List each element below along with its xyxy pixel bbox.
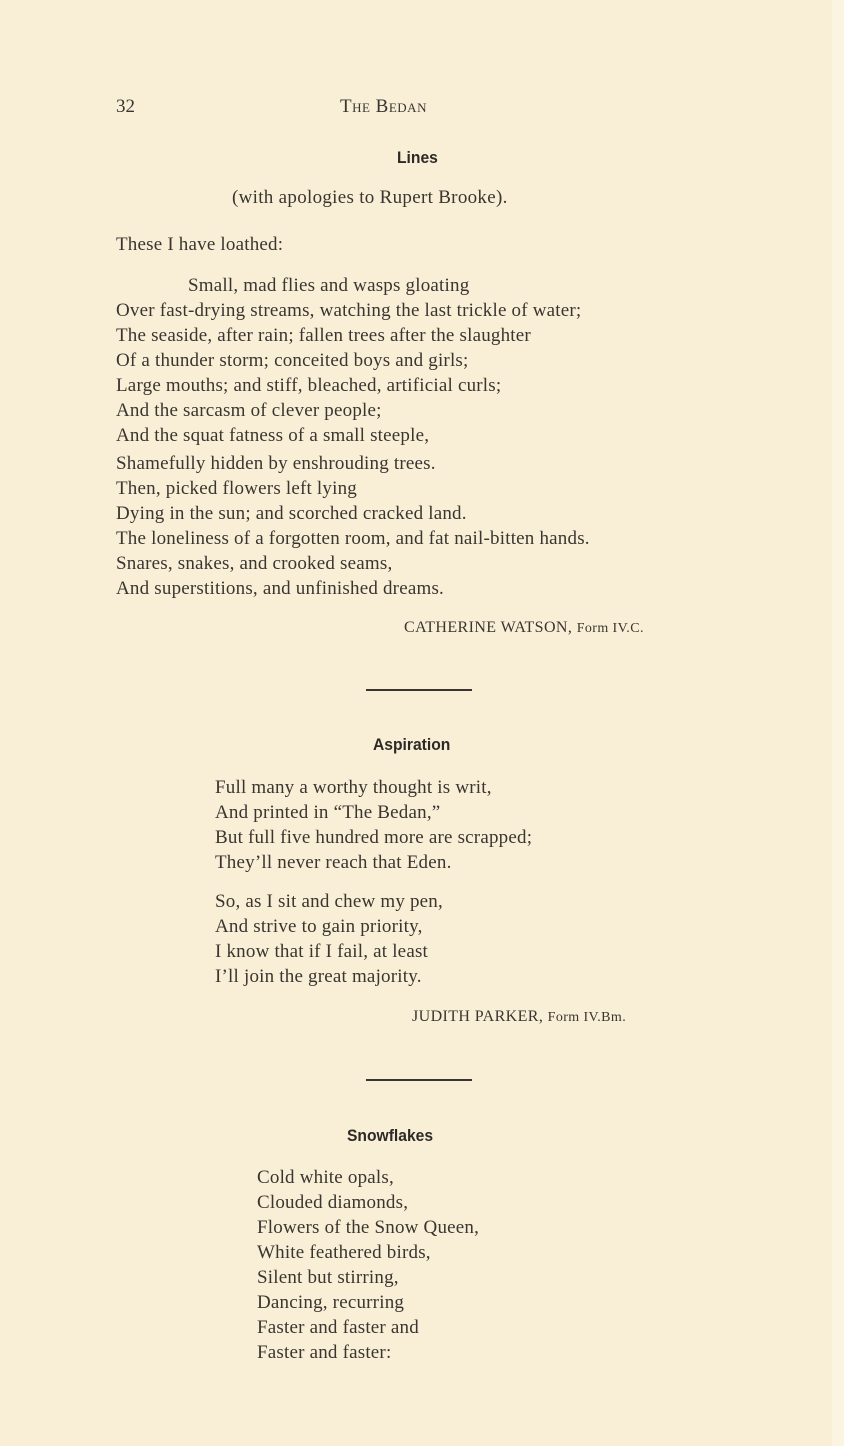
poem-line: Over fast-drying streams, watching the l… <box>116 298 581 323</box>
poem-line: Large mouths; and stiff, bleached, artif… <box>116 373 501 398</box>
poem-title-aspiration: Aspiration <box>373 735 450 755</box>
poem-line: Full many a worthy thought is writ, <box>215 775 492 800</box>
poem-title-lines: Lines <box>397 148 438 168</box>
poem-line: So, as I sit and chew my pen, <box>215 889 443 914</box>
poem-line: And the sarcasm of clever people; <box>116 398 382 423</box>
poem-line: Then, picked flowers left lying <box>116 476 357 501</box>
poem-line: Of a thunder storm; conceited boys and g… <box>116 348 469 373</box>
poem-line: And printed in “The Bedan,” <box>215 800 440 825</box>
poem-line: I know that if I fail, at least <box>215 939 428 964</box>
author-name: JUDITH PARKER, <box>412 1008 543 1025</box>
poem-line: Small, mad flies and wasps gloating <box>188 273 469 298</box>
section-divider <box>366 689 472 691</box>
poem-intro: These I have loathed: <box>116 232 283 257</box>
author-form: Form IV.C. <box>577 621 644 636</box>
poem-subtitle: (with apologies to Rupert Brooke). <box>232 187 508 209</box>
poem-title-snowflakes: Snowflakes <box>347 1126 433 1146</box>
poem-line: Snares, snakes, and crooked seams, <box>116 551 392 576</box>
poem-line: And strive to gain priority, <box>215 914 423 939</box>
author-name: CATHERINE WATSON, <box>404 619 572 636</box>
poem-line: The loneliness of a forgotten room, and … <box>116 526 590 551</box>
page-number: 32 <box>116 96 135 118</box>
poem-byline: CATHERINE WATSON, Form IV.C. <box>404 619 644 637</box>
poem-line: Dying in the sun; and scorched cracked l… <box>116 501 467 526</box>
poem-line: Faster and faster: <box>257 1340 391 1365</box>
running-title: The Bedan <box>340 96 427 118</box>
poem-line: Cold white opals, <box>257 1165 394 1190</box>
section-divider <box>366 1079 472 1081</box>
page-edge <box>832 0 844 1446</box>
poem-line: And the squat fatness of a small steeple… <box>116 423 429 448</box>
poem-line: Faster and faster and <box>257 1315 419 1340</box>
poem-line: And superstitions, and unfinished dreams… <box>116 576 444 601</box>
poem-line: The seaside, after rain; fallen trees af… <box>116 323 531 348</box>
poem-line: But full five hundred more are scrapped; <box>215 825 532 850</box>
poem-line: Clouded diamonds, <box>257 1190 408 1215</box>
poem-line: Silent but stirring, <box>257 1265 399 1290</box>
poem-line: I’ll join the great majority. <box>215 964 422 989</box>
poem-line: Dancing, recurring <box>257 1290 404 1315</box>
poem-line: White feathered birds, <box>257 1240 431 1265</box>
poem-line: Flowers of the Snow Queen, <box>257 1215 479 1240</box>
poem-byline: JUDITH PARKER, Form IV.Bm. <box>412 1008 626 1026</box>
poem-line: Shamefully hidden by enshrouding trees. <box>116 451 436 476</box>
poem-line: They’ll never reach that Eden. <box>215 850 452 875</box>
document-page: 32 The Bedan Lines (with apologies to Ru… <box>0 0 844 1446</box>
author-form: Form IV.Bm. <box>548 1010 626 1025</box>
